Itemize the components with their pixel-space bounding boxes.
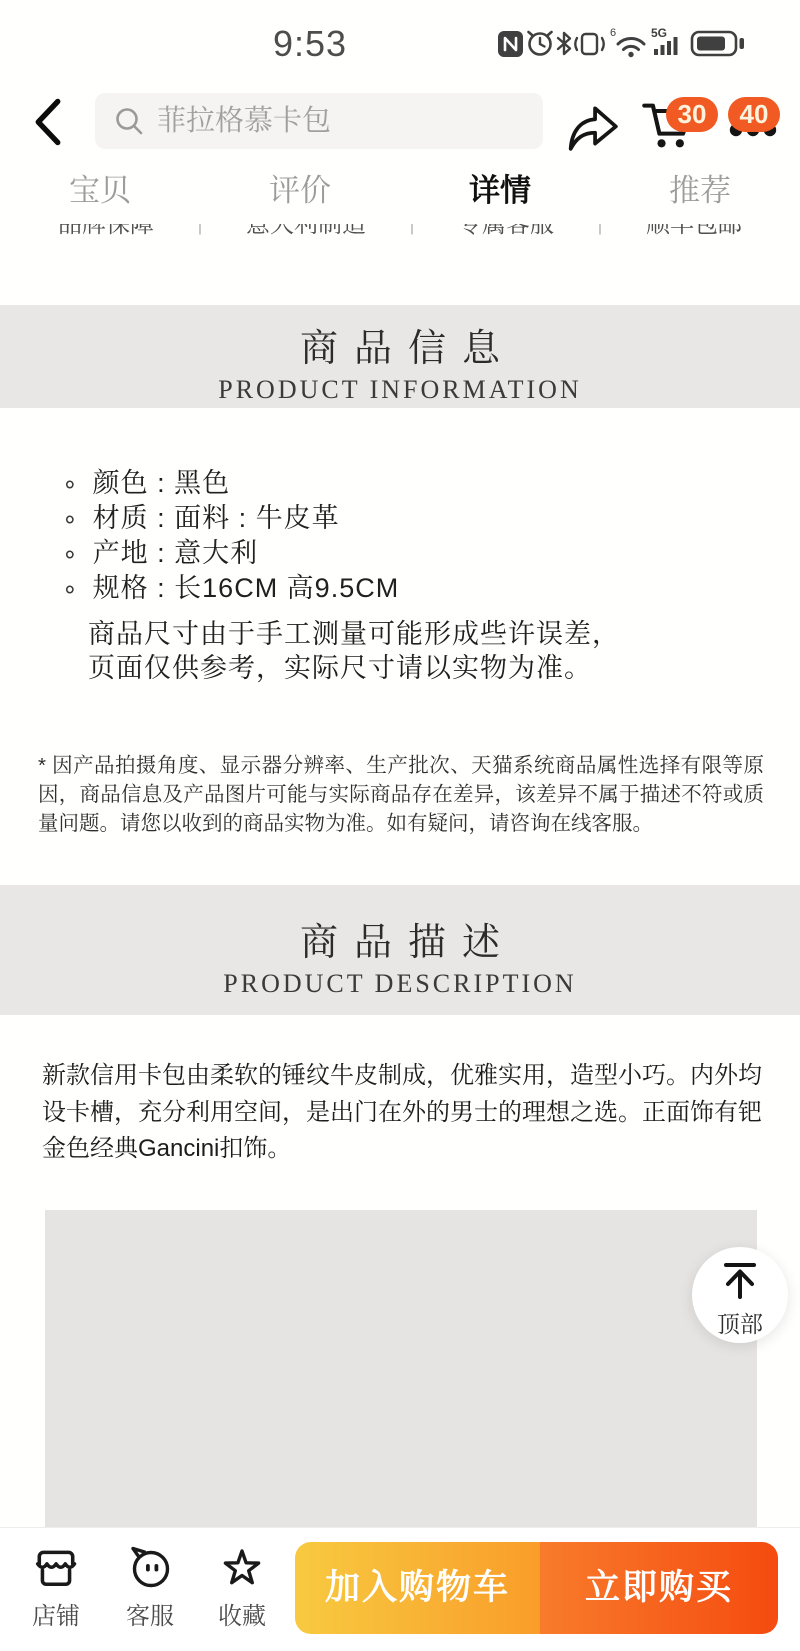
star-icon [218, 1543, 266, 1591]
tab-details[interactable]: 详情 [400, 160, 600, 222]
more-badge: 40 [728, 97, 780, 132]
service-strip: 品牌保障 意大利制造 专属客服 顺丰包邮 [0, 224, 800, 240]
product-detail-screen: 9:53 6 [0, 0, 800, 1651]
section-title: 商品信息 [0, 305, 800, 372]
service-item: 顺丰包邮 [646, 224, 742, 240]
status-bar: 9:53 6 [0, 0, 800, 85]
favorite-button[interactable]: 收藏 [198, 1528, 286, 1631]
store-label: 店铺 [12, 1596, 100, 1631]
divider [197, 224, 203, 240]
add-to-cart-button[interactable]: 加入购物车 [295, 1542, 540, 1634]
svg-text:6: 6 [610, 27, 616, 39]
wifi6-icon: 6 [610, 27, 644, 57]
tab-bar: 宝贝 评价 详情 推荐 [0, 160, 800, 222]
product-info-header: 商品信息 PRODUCT INFORMATION [0, 305, 800, 408]
bluetooth-icon [558, 33, 570, 54]
product-image [45, 1210, 757, 1527]
vibrate-icon [575, 34, 604, 54]
share-arrow-icon [566, 101, 620, 153]
description-text: 新款信用卡包由柔软的锤纹牛皮制成，优雅实用，造型小巧。内外均设卡槽，充分利用空间… [42, 1058, 762, 1168]
nfc-icon [498, 31, 523, 57]
battery-icon [692, 32, 744, 55]
cart-badge: 30 [666, 97, 718, 132]
chat-icon [126, 1543, 174, 1591]
search-input[interactable] [157, 105, 497, 138]
disclaimer-text: * 因产品拍摄角度、显示器分辨率、生产批次、天猫系统商品属性选择有限等原因，商品… [38, 751, 764, 838]
section-subtitle: PRODUCT INFORMATION [0, 375, 800, 405]
attribute-origin: 产地 : 意大利 [62, 536, 620, 571]
nav-bar: 30 40 [0, 85, 800, 160]
divider [597, 224, 603, 240]
back-chevron-icon [24, 95, 72, 149]
status-icons: 6 5G [496, 23, 766, 68]
back-to-top-label: 顶部 [692, 1306, 788, 1339]
attribute-size: 规格 : 长16CM 高9.5CM [62, 571, 620, 606]
store-icon [32, 1543, 80, 1591]
bottom-bar: 店铺 客服 收藏 加入购物车 立即购买 [0, 1527, 800, 1651]
top-arrow-icon [718, 1260, 762, 1300]
section-subtitle: PRODUCT DESCRIPTION [0, 969, 800, 999]
product-attributes: 颜色 : 黑色 材质 : 面料 : 牛皮革 产地 : 意大利 规格 : 长16C… [62, 466, 620, 685]
back-to-top-button[interactable]: 顶部 [692, 1247, 788, 1343]
attribute-color: 颜色 : 黑色 [62, 466, 620, 501]
signal-5g-icon: 5G [651, 26, 678, 55]
svg-text:5G: 5G [651, 26, 667, 40]
tab-recommend[interactable]: 推荐 [600, 160, 800, 222]
tab-reviews[interactable]: 评价 [200, 160, 400, 222]
attribute-material: 材质 : 面料 : 牛皮革 [62, 501, 620, 536]
divider [409, 224, 415, 240]
size-note: 页面仅供参考，实际尺寸请以实物为准。 [88, 651, 620, 685]
service-item: 专属客服 [458, 224, 554, 240]
search-icon [113, 105, 145, 137]
customer-service-label: 客服 [106, 1596, 194, 1631]
favorite-label: 收藏 [198, 1596, 286, 1631]
alarm-icon [529, 32, 552, 55]
search-box[interactable] [95, 93, 543, 149]
back-button[interactable] [24, 95, 72, 149]
service-item: 品牌保障 [58, 224, 154, 240]
clock-time: 9:53 [250, 23, 370, 65]
share-button[interactable] [566, 101, 620, 153]
store-button[interactable]: 店铺 [12, 1528, 100, 1631]
buy-now-button[interactable]: 立即购买 [540, 1542, 778, 1634]
service-item: 意大利制造 [246, 224, 366, 240]
purchase-buttons: 加入购物车 立即购买 [295, 1542, 778, 1634]
product-description-header: 商品描述 PRODUCT DESCRIPTION [0, 885, 800, 1015]
customer-service-button[interactable]: 客服 [106, 1528, 194, 1631]
section-title: 商品描述 [0, 885, 800, 966]
tab-item[interactable]: 宝贝 [0, 160, 200, 222]
size-note: 商品尺寸由于手工测量可能形成些许误差， [88, 617, 620, 651]
